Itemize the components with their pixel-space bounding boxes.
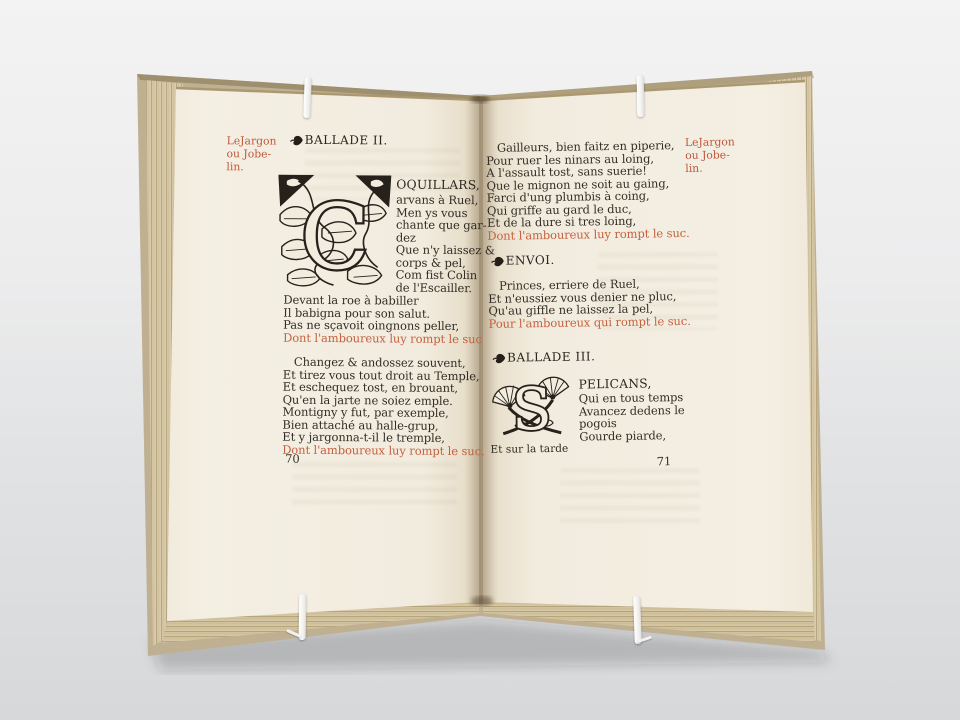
poem-column-beside-initial: Qui en tous temps Avancez dedens le pogo… — [579, 391, 685, 443]
poem-stanza-3: Gailleurs, bien faitz en piperie, Pour r… — [486, 139, 690, 242]
page-number-71: 71 — [657, 454, 672, 468]
poem-line: Gourde piarde, — [579, 429, 685, 443]
drop-cap-letter-s: S — [512, 375, 553, 444]
margin-note-line: lin. — [685, 162, 735, 176]
envoi-stanza: Princes, erriere de Ruel, Et n'eussiez v… — [488, 277, 691, 330]
page-clip-top-left — [303, 77, 311, 118]
heading-label: ENVOI. — [506, 253, 555, 268]
envoi-heading: ENVOI. — [491, 253, 555, 268]
margin-note: LeJargon ou Jobe- lin. — [685, 136, 735, 175]
poem-line-below-initial: Et sur la tarde — [490, 443, 568, 456]
fleuron-leaf-icon — [492, 351, 506, 364]
refrain-line: Dont l'amboureux luy rompt le suc. — [487, 227, 689, 243]
page-clip-bottom-left — [299, 594, 307, 640]
poem-line-caps: PELICANS, — [578, 376, 651, 391]
right-page: Gailleurs, bien faitz en piperie, Pour r… — [0, 0, 960, 720]
ballade-iii-heading: BALLADE III. — [492, 349, 596, 365]
page-clip-top-right — [637, 75, 645, 117]
margin-note-line: ou Jobe- — [685, 149, 735, 163]
heading-label: BALLADE III. — [507, 349, 596, 364]
decorated-initial-s: S — [488, 373, 573, 444]
fleuron-leaf-icon — [491, 254, 505, 267]
photograph-of-open-book: LeJargon ou Jobe- lin. BALLADE II. — [0, 0, 960, 720]
refrain-line: Pour l'amboureux qui rompt le suc. — [489, 315, 691, 331]
